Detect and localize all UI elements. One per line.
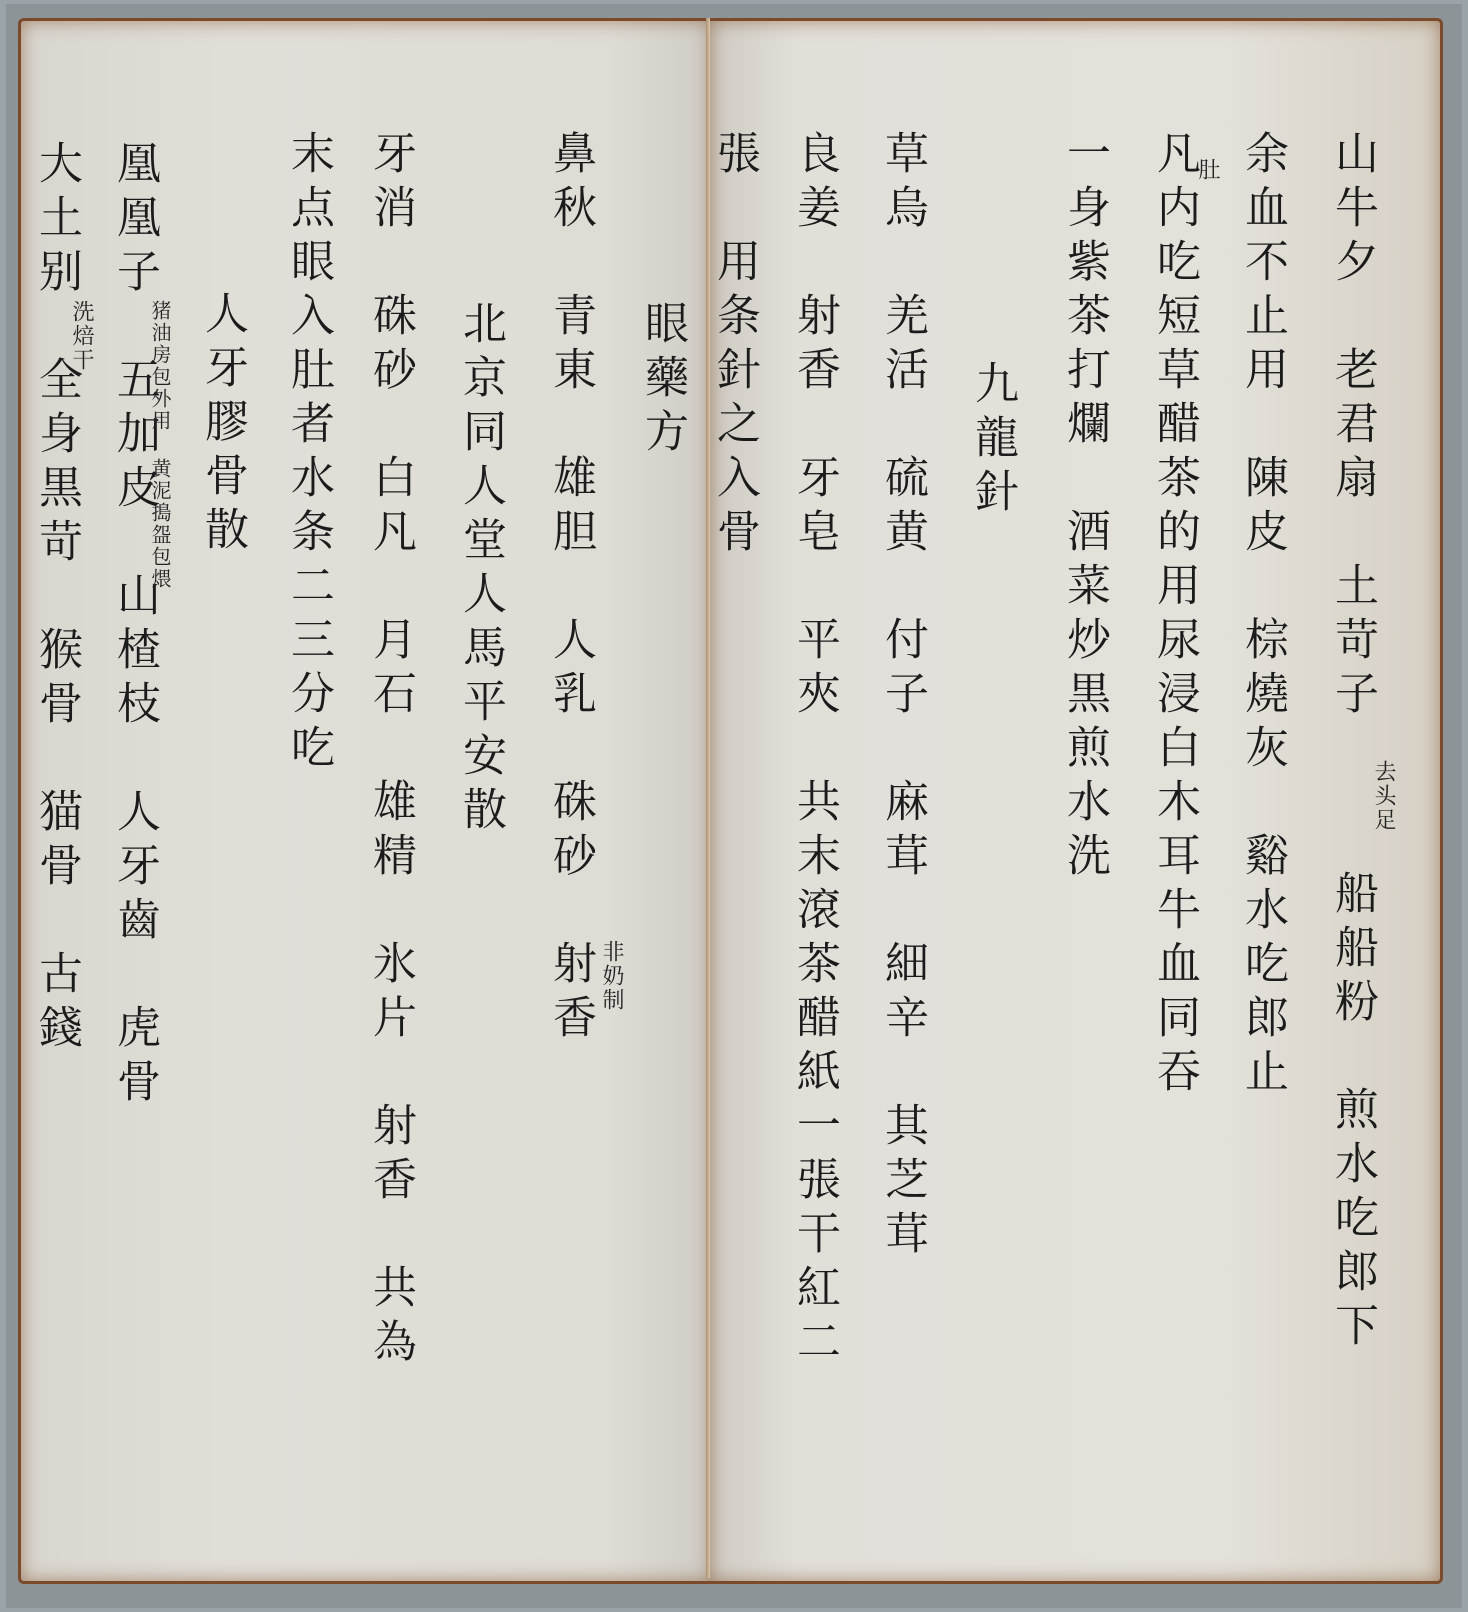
right-col-1-note: 去头足 [1372, 760, 1394, 832]
left-col-8: 大土别 全身黒苛 猴骨 猫骨 古錢 [34, 140, 78, 1058]
right-col-2: 船船粉 煎水吃郎下 [1330, 870, 1374, 1356]
left-col-2: 鼻秋 青東 雄胆 人乳 硃砂 射香 [548, 130, 592, 1048]
left-col-3: 北京同人堂人馬平安散 [458, 300, 502, 840]
eye-medicine-title: 眼藥方 [640, 300, 684, 462]
right-col-3: 余血不止用 陳皮 棕燒灰 谿水吃郎止 [1240, 130, 1284, 1102]
right-col-5: 一身紫茶打爛 酒菜炒黒煎水洗 [1062, 130, 1106, 886]
human-tooth-bone-powder-title: 人牙膠骨散 [200, 290, 244, 560]
left-col-7: 凰凰子 五加皮 山楂枝 人牙齒 虎骨 [112, 140, 156, 1112]
left-col-4: 牙消 硃砂 白凡 月石 雄精 氷片 射香 共為 [368, 130, 412, 1372]
right-col-1: 山牛夕 老君扇 土苛子 [1330, 130, 1374, 724]
left-col-8-note: 洗焙干 [70, 300, 92, 372]
right-col-4-note: 肚 [1196, 158, 1218, 182]
right-col-7: 草烏 羌活 硫黄 付子 麻茸 細辛 其芝茸 [880, 130, 924, 1264]
left-col-5: 末点眼入肚者水条二三分吃 [286, 130, 330, 778]
right-col-9: 張 用条針之入骨 [712, 130, 756, 562]
left-col-7-note: 猪油房包外用 黄泥搗盌包煨 [150, 300, 170, 590]
nine-dragon-needle-title: 九龍針 [970, 360, 1014, 522]
left-col-2-note: 非奶制 [600, 940, 622, 1012]
right-col-8: 良姜 射香 牙皂 平夾 共末滾茶醋紙一張干紅二 [792, 130, 836, 1372]
right-col-4: 凡内吃短草醋茶的用尿浸白木耳牛血同吞 [1152, 130, 1196, 1102]
